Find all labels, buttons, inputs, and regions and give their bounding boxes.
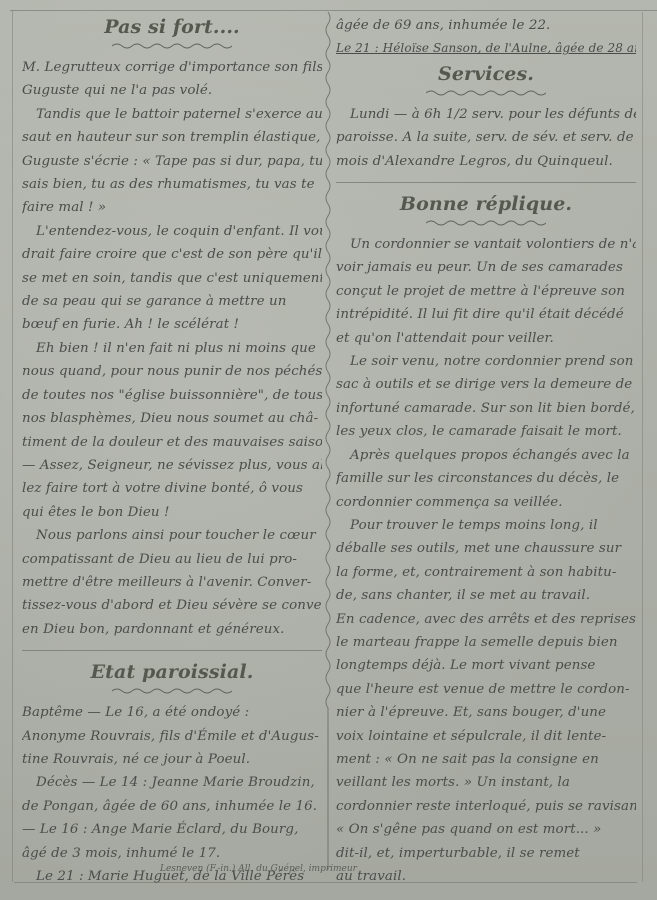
baptism-entry: Baptême — Le 16, a été ondoyé :	[22, 701, 322, 724]
text-line: tissez-vous d'abord et Dieu sévère se co…	[22, 594, 322, 617]
death-entry: — Le 16 : Ange Marie Éclard, du Bourg,	[22, 818, 322, 841]
parish-register-continuation: âgée de 69 ans, inhumée le 22. Le 21 : H…	[336, 14, 636, 61]
text-line: cordonnier reste interloqué, puis se rav…	[336, 795, 636, 818]
title-flourish-icon	[426, 219, 546, 227]
text-line: nous quand, pour nous punir de nos péché…	[22, 360, 322, 383]
document-page: Pas si fort.... M. Legrutteux corrige d'…	[0, 0, 657, 900]
text-line: de toutes nos "église buissonnière", de …	[22, 384, 322, 407]
text-line: longtemps déjà. Le mort vivant pense	[336, 654, 636, 677]
text-line: cordonnier commença sa veillée.	[336, 491, 636, 514]
text-line: L'entendez-vous, le coquin d'enfant. Il …	[22, 220, 322, 243]
left-margin-line	[12, 10, 13, 882]
text-line: drait faire croire que c'est de son père…	[22, 243, 322, 266]
text-line: tine Rouvrais, né ce jour à Poeul.	[22, 748, 322, 771]
text-line: Nous parlons ainsi pour toucher le cœur	[22, 524, 322, 547]
text-line: M. Legrutteux corrige d'importance son f…	[22, 56, 322, 79]
text-line: infortuné camarade. Sur son lit bien bor…	[336, 397, 636, 420]
text-line: compatissant de Dieu au lieu de lui pro-	[22, 548, 322, 571]
text-line: de sa peau qui se garance à mettre un	[22, 290, 322, 313]
text-line: voix lointaine et sépulcrale, il dit len…	[336, 725, 636, 748]
text-line: en Dieu bon, pardonnant et généreux.	[22, 618, 322, 641]
right-column: âgée de 69 ans, inhumée le 22. Le 21 : H…	[336, 14, 636, 888]
right-margin-line	[642, 12, 643, 882]
article-title-bonne-replique: Bonne réplique.	[336, 191, 636, 217]
article-body-pas-si-fort: M. Legrutteux corrige d'importance son f…	[22, 56, 322, 641]
text-line: déballe ses outils, met une chaussure su…	[336, 537, 636, 560]
text-line: Un cordonnier se vantait volontiers de n…	[336, 233, 636, 256]
text-line: âgée de 69 ans, inhumée le 22.	[336, 14, 636, 37]
text-line: nos blasphèmes, Dieu nous soumet au châ-	[22, 407, 322, 430]
top-rule	[10, 10, 657, 11]
section-divider	[22, 650, 322, 651]
article-title-services: Services.	[336, 61, 636, 87]
text-line: bœuf en furie. Ah ! le scélérat !	[22, 313, 322, 336]
title-flourish-icon	[112, 42, 232, 50]
text-line: le marteau frappe la semelle depuis bien	[336, 631, 636, 654]
article-title-etat-paroissial: Etat paroissial.	[22, 659, 322, 685]
text-line: Pour trouver le temps moins long, il	[336, 514, 636, 537]
text-line: Guguste s'écrie : « Tape pas si dur, pap…	[22, 150, 322, 173]
text-line: se met en soin, tandis que c'est uniquem…	[22, 267, 322, 290]
text-line: intrépidité. Il lui fit dire qu'il était…	[336, 303, 636, 326]
text-line: la forme, et, contrairement à son habitu…	[336, 561, 636, 584]
text-line: Anonyme Rouvrais, fils d'Émile et d'Augu…	[22, 725, 322, 748]
text-line: ment : « On ne sait pas la consigne en	[336, 748, 636, 771]
text-line: En cadence, avec des arrêts et des repri…	[336, 608, 636, 631]
text-line: — Assez, Seigneur, ne sévissez plus, vou…	[22, 454, 322, 477]
text-line: conçut le projet de mettre à l'épreuve s…	[336, 280, 636, 303]
text-line: Le soir venu, notre cordonnier prend son	[336, 350, 636, 373]
text-line: sac à outils et se dirige vers la demeur…	[336, 373, 636, 396]
text-line: faire mal ! »	[22, 196, 322, 219]
death-entry: Le 21 : Héloïse Sanson, de l'Aulne, âgée…	[336, 37, 636, 60]
text-line: Tandis que le battoir paternel s'exerce …	[22, 103, 322, 126]
article-title-pas-si-fort: Pas si fort....	[22, 14, 322, 40]
text-line: dit-il, et, imperturbable, il se remet	[336, 842, 636, 865]
death-entry: Décès — Le 14 : Jeanne Marie Broudzin,	[22, 771, 322, 794]
text-line: Après quelques propos échangés avec la	[336, 444, 636, 467]
section-divider	[336, 182, 636, 183]
text-line: Lundi — à 6h 1/2 serv. pour les défunts …	[336, 103, 636, 126]
text-line: nier à l'épreuve. Et, sans bouger, d'une	[336, 701, 636, 724]
text-line: sais bien, tu as des rhumatismes, tu vas…	[22, 173, 322, 196]
left-column: Pas si fort.... M. Legrutteux corrige d'…	[22, 14, 322, 888]
text-line: famille sur les circonstances du décès, …	[336, 467, 636, 490]
text-line: les yeux clos, le camarade faisait le mo…	[336, 420, 636, 443]
text-line: de, sans chanter, il se met au travail.	[336, 584, 636, 607]
article-body-services: Lundi — à 6h 1/2 serv. pour les défunts …	[336, 103, 636, 173]
wavy-column-divider	[322, 12, 334, 870]
text-line: Eh bien ! il n'en fait ni plus ni moins …	[22, 337, 322, 360]
text-line: de Pongan, âgée de 60 ans, inhumée le 16…	[22, 795, 322, 818]
text-line: veillant les morts. » Un instant, la	[336, 771, 636, 794]
text-line: et qu'on l'attendait pour veiller.	[336, 327, 636, 350]
text-line: voir jamais eu peur. Un de ses camarades	[336, 256, 636, 279]
title-flourish-icon	[426, 89, 546, 97]
title-flourish-icon	[112, 687, 232, 695]
text-line: saut en hauteur sur son tremplin élastiq…	[22, 126, 322, 149]
text-line: âgé de 3 mois, inhumé le 17.	[22, 842, 322, 865]
article-body-etat-paroissial: Baptême — Le 16, a été ondoyé : Anonyme …	[22, 701, 322, 888]
text-line: qui êtes le bon Dieu !	[22, 501, 322, 524]
text-line: que l'heure est venue de mettre le cordo…	[336, 678, 636, 701]
printer-imprint: Lesneven (F.-in.) All. du Guépel, imprim…	[160, 864, 460, 874]
article-body-bonne-replique: Un cordonnier se vantait volontiers de n…	[336, 233, 636, 888]
text-line: mettre d'être meilleurs à l'avenir. Conv…	[22, 571, 322, 594]
text-line: timent de la douleur et des mauvaises sa…	[22, 431, 322, 454]
text-line: « On s'gêne pas quand on est mort... »	[336, 818, 636, 841]
text-line: lez faire tort à votre divine bonté, ô v…	[22, 477, 322, 500]
text-line: paroisse. A la suite, serv. de sév. et s…	[336, 126, 636, 149]
text-line: mois d'Alexandre Legros, du Quinqueul.	[336, 150, 636, 173]
text-line: Guguste qui ne l'a pas volé.	[22, 79, 322, 102]
